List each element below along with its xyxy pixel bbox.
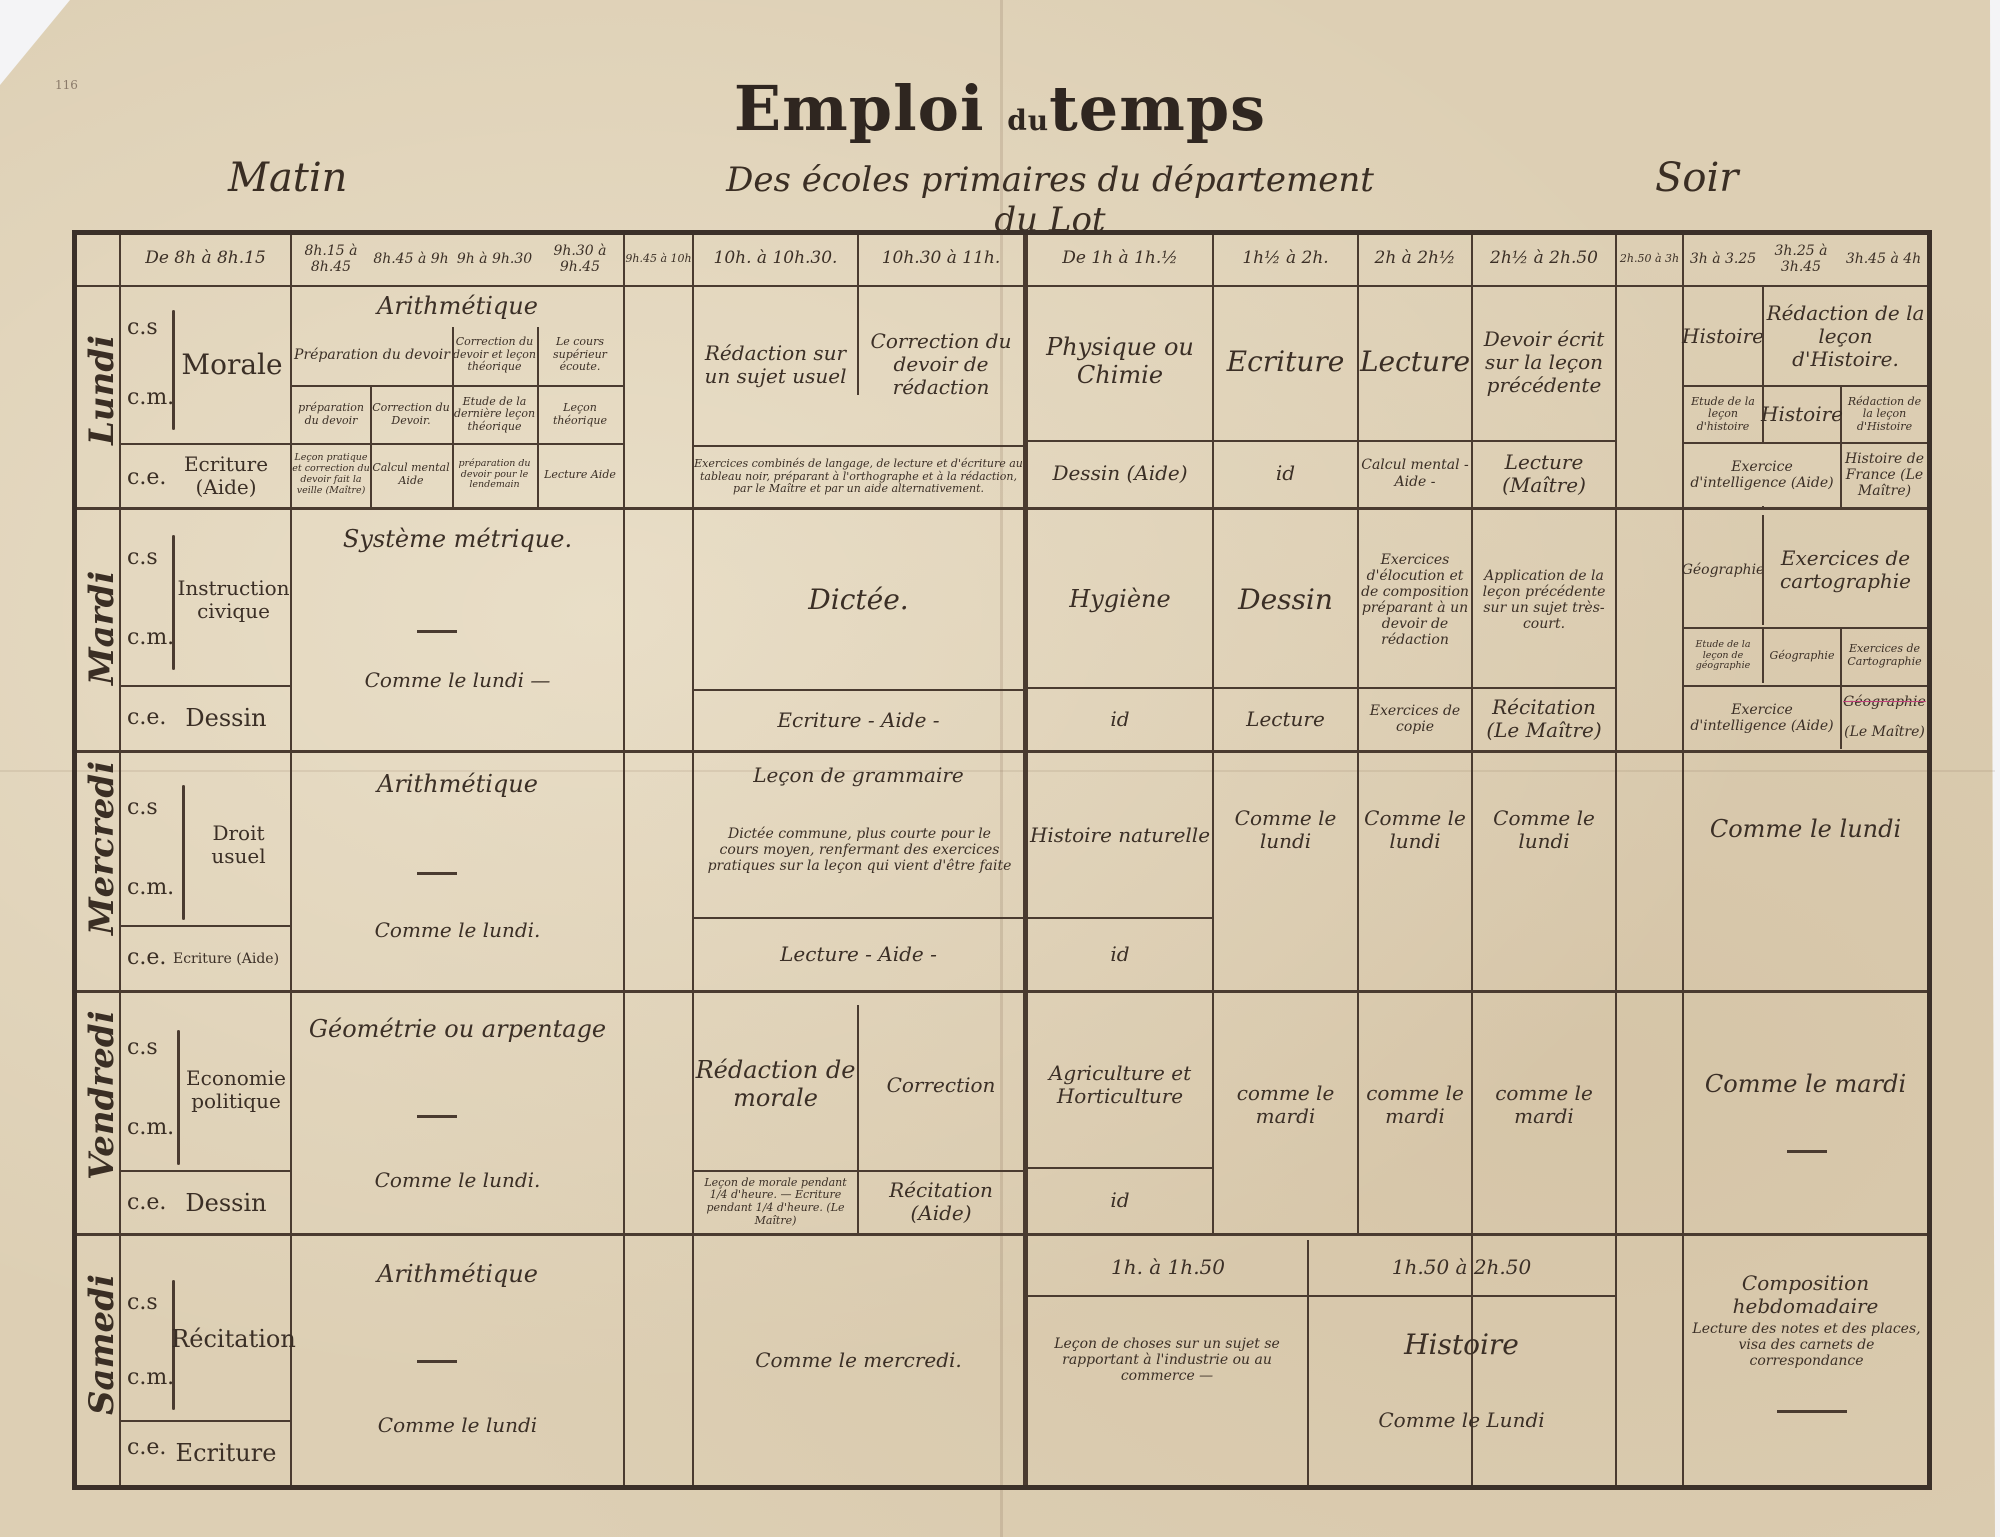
cell-text: Calcul mental Aide — [370, 445, 452, 505]
cell-grammaire: Dictée commune, plus courte pour le cour… — [707, 795, 1012, 905]
cell-dessin: Dessin (Aide) — [1028, 442, 1212, 505]
cell-copie: Exercices de copie — [1359, 689, 1471, 749]
cell-histoire-naturelle: Histoire naturelle — [1028, 755, 1212, 915]
time-header: 2h.50 à 3h — [1617, 235, 1682, 283]
label-cs: c.s — [127, 795, 158, 820]
cell-comme-lundi: Comme le lundi — [1214, 755, 1357, 905]
time-header: 10h.30 à 11h. — [859, 235, 1023, 283]
cell-comme-mercredi: Comme le mercredi. — [694, 1245, 1023, 1475]
cell-ecriture-aide: Ecriture - Aide - — [694, 691, 1023, 749]
label-cs: c.s — [127, 1035, 158, 1060]
ce-separator — [121, 1420, 290, 1422]
cell-comme-lundi: Comme le lundi — [1473, 755, 1615, 905]
cell-physique: Physique ou Chimie — [1028, 287, 1212, 437]
ce-separator — [121, 443, 290, 445]
cell-lecon-morale: Leçon de morale pendant 1/4 d'heure. — E… — [694, 1172, 857, 1232]
cell-comme-lundi: Comme le lundi — [1359, 755, 1471, 905]
time-header: 8h.15 à 8h.45 — [292, 235, 370, 283]
cell-id: id — [1214, 442, 1357, 505]
cell-calcul: Calcul mental - Aide - — [1359, 442, 1471, 505]
cell-exercices: Exercices combinés de langage, de lectur… — [694, 447, 1023, 507]
row-sep-vendredi — [77, 1233, 1927, 1236]
label-cs: c.s — [127, 1290, 158, 1315]
title-du: du — [1007, 104, 1049, 137]
dash — [417, 1115, 457, 1118]
cell-redaction: Rédaction sur un sujet usuel — [694, 287, 857, 442]
cell-maitre: (Le Maître) — [1842, 717, 1927, 747]
matin-header: Matin — [228, 155, 347, 201]
cell-composition: Composition hebdomadaire — [1684, 1275, 1927, 1315]
subject-ecriture: Ecriture (Aide) — [162, 447, 290, 505]
cell-redaction-histoire: Rédaction de la leçon d'Histoire. — [1764, 287, 1927, 385]
cell-lecture-maitre: Lecture (Maître) — [1473, 442, 1615, 505]
cell-note: Comme le lundi. — [292, 905, 623, 955]
cell-comme-lundi: Comme le lundi — [1684, 755, 1927, 905]
brace — [172, 310, 175, 430]
cell-text: Le cours supérieur écoute. — [537, 327, 623, 383]
dash — [417, 630, 457, 633]
time-header: 1h. à 1h.50 — [1028, 1240, 1308, 1295]
soir-header: Soir — [1655, 155, 1738, 201]
subtitle: Des écoles primaires du département du L… — [700, 160, 1400, 240]
pm-col-sep-4 — [1615, 235, 1617, 1485]
cell-etude: Etude de la leçon d'histoire — [1684, 387, 1762, 442]
cell-text: Préparation du devoir — [292, 327, 452, 383]
dash — [417, 872, 457, 875]
time-header: 2h½ à 2h.50 — [1473, 235, 1615, 283]
time-header: 1h½ à 2h. — [1214, 235, 1357, 283]
dash — [1777, 1410, 1847, 1413]
row-sep-lundi — [77, 507, 1927, 510]
time-header: De 1h à 1h.½ — [1028, 235, 1212, 283]
subject-ecriture: Ecriture — [162, 1425, 290, 1483]
cell-geographie: Géographie — [1764, 629, 1840, 683]
cell-exercice: Exercice d'intelligence (Aide) — [1684, 687, 1840, 749]
page-title: Emploi dutemps — [0, 72, 2000, 145]
cell-dessin: Dessin — [1214, 515, 1357, 685]
label-cm: c.m. — [127, 385, 174, 410]
cell-redaction-morale: Rédaction de morale — [694, 1005, 857, 1165]
cell-systeme-metrique: Système métrique. — [292, 515, 623, 565]
cell-histoire: Histoire — [1764, 387, 1840, 442]
cell-redaction: Rédaction de la leçon d'Histoire — [1842, 387, 1927, 442]
cell-geographie: Géographie — [1684, 515, 1762, 625]
subject-economie-politique: Economie politique — [182, 1010, 290, 1170]
cell-etude: Etude de la leçon de géographie — [1684, 629, 1762, 683]
dash — [1787, 1150, 1827, 1153]
label-cs: c.s — [127, 315, 158, 340]
cell-recitation: Récitation (Le Maître) — [1473, 689, 1615, 749]
cell-ecriture: Ecriture — [1214, 287, 1357, 437]
morning-col-sep — [623, 235, 625, 1485]
cell-text: préparation du devoir — [292, 387, 370, 442]
cell-text: Leçon théorique — [537, 387, 623, 442]
cell-comme-mardi: comme le mardi — [1359, 1005, 1471, 1205]
cell-comme-mardi: comme le mardi — [1214, 1005, 1357, 1205]
label-ce: c.e. — [127, 945, 166, 970]
cell-cartographie: Exercices de Cartographie — [1842, 629, 1927, 683]
subject-instruction-civique: Instruction civique — [177, 520, 290, 680]
cell-lecture: Lecture — [1359, 287, 1471, 437]
label-ce: c.e. — [127, 1190, 166, 1215]
cell-crossed-out: Géographie — [1842, 687, 1927, 717]
subject-dessin: Dessin — [162, 690, 290, 748]
time-header: 10h. à 10h.30. — [694, 235, 857, 283]
row-sep-mardi — [77, 750, 1927, 753]
cell-text: Etude de la dernière leçon théorique — [452, 387, 537, 442]
cell-lecon-choses: Leçon de choses sur un sujet se rapporta… — [1032, 1300, 1302, 1420]
cell-histoire: Histoire — [1309, 1305, 1614, 1385]
cell-comme-mardi: comme le mardi — [1473, 1005, 1615, 1205]
cell-histoire-france: Histoire de France (Le Maître) — [1842, 444, 1927, 506]
brace — [172, 535, 175, 670]
brace — [182, 785, 185, 920]
cell-cartographie: Exercices de cartographie — [1764, 515, 1927, 625]
day-vendredi: Vendredi — [82, 1060, 122, 1180]
title-emploi: Emploi — [734, 72, 985, 145]
cell-arithmetique: Arithmétique — [292, 755, 623, 815]
cell-text: Correction du Devoir. — [370, 387, 452, 442]
cell-note: Comme le lundi. — [292, 1155, 623, 1205]
cell-hygiene: Hygiène — [1028, 515, 1212, 685]
dash — [417, 1360, 457, 1363]
label-ce: c.e. — [127, 465, 166, 490]
time-header: 8h.45 à 9h — [370, 235, 452, 283]
ce-separator — [121, 925, 290, 927]
ce-separator — [121, 1170, 290, 1172]
cell-exercices: Exercices d'élocution et de composition … — [1359, 515, 1471, 685]
cell-text: préparation du devoir pour le lendemain — [452, 445, 537, 505]
label-cm: c.m. — [127, 875, 174, 900]
label-ce: c.e. — [127, 1435, 166, 1460]
cell-exercice: Exercice d'intelligence (Aide) — [1684, 444, 1840, 506]
label-cs: c.s — [127, 545, 158, 570]
cell-geometrie: Géométrie ou arpentage — [292, 1000, 623, 1060]
subject-recitation: Récitation — [177, 1265, 290, 1415]
cell-id: id — [1028, 1169, 1212, 1231]
subject-ecriture: Ecriture (Aide) — [162, 930, 290, 988]
label-ce: c.e. — [127, 705, 166, 730]
day-mercredi: Mercredi — [82, 815, 122, 935]
cell-lecture-notes: Lecture des notes et des places, visa de… — [1689, 1315, 1924, 1375]
day-mardi: Mardi — [82, 585, 122, 685]
subject-morale: Morale — [177, 290, 287, 440]
ce-separator — [121, 685, 290, 687]
cell-correction: Correction du devoir de rédaction — [859, 287, 1023, 442]
cell-text: Correction du devoir et leçon théorique — [452, 327, 537, 383]
cell-lecture: Lecture — [1214, 689, 1357, 749]
time-header: 1h.50 à 2h.50 — [1309, 1240, 1614, 1295]
cell-note: Comme le lundi — — [292, 655, 623, 705]
cell-application: Application de la leçon précédente sur u… — [1473, 515, 1615, 685]
time-header: De 8h à 8h.15 — [121, 235, 290, 283]
time-header: 3h.45 à 4h — [1840, 235, 1927, 283]
time-header: 3h.25 à 3h.45 — [1762, 235, 1840, 283]
day-lundi: Lundi — [82, 345, 122, 445]
row-sep-mercredi — [77, 990, 1927, 993]
cell-agriculture: Agriculture et Horticulture — [1028, 1005, 1212, 1165]
time-header: 2h à 2h½ — [1359, 235, 1471, 283]
title-temps: temps — [1049, 72, 1266, 145]
subject-dessin: Dessin — [162, 1175, 290, 1233]
cell-recitation: Récitation (Aide) — [859, 1172, 1023, 1232]
cell-note: Comme le lundi — [292, 1400, 623, 1450]
cell-comme-mardi: Comme le mardi — [1684, 1005, 1927, 1165]
cell-histoire: Histoire — [1684, 287, 1762, 385]
arithmetique: Arithmétique — [292, 287, 623, 327]
label-cm: c.m. — [127, 1115, 174, 1140]
time-header: 9h.30 à 9h.45 — [537, 235, 623, 283]
cell-id: id — [1028, 689, 1212, 749]
cell-dictee: Dictée. — [694, 515, 1023, 685]
time-header: 3h à 3.25 — [1684, 235, 1762, 283]
time-header: 9h à 9h.30 — [452, 235, 537, 283]
day-samedi: Samedi — [82, 1315, 122, 1415]
cell-comme-lundi: Comme le Lundi — [1309, 1395, 1614, 1445]
cell-text: Lecture Aide — [537, 445, 623, 505]
cell-id: id — [1028, 919, 1212, 989]
label-cm: c.m. — [127, 625, 174, 650]
cell-correction: Correction — [859, 1005, 1023, 1165]
timetable-grid: De 8h à 8h.15 8h.15 à 8h.45 8h.45 à 9h 9… — [72, 230, 1932, 1490]
cell-lecture: Lecture - Aide - — [694, 919, 1023, 989]
cell-devoir: Devoir écrit sur la leçon précédente — [1473, 287, 1615, 437]
time-header: 9h.45 à 10h — [625, 235, 692, 283]
divider — [1028, 1295, 1615, 1297]
subject-droit-usuel: Droit usuel — [187, 765, 290, 925]
brace — [177, 1030, 180, 1165]
cell-grammaire-title: Leçon de grammaire — [694, 755, 1023, 795]
label-cm: c.m. — [127, 1365, 174, 1390]
cell-arithmetique: Arithmétique — [292, 1245, 623, 1305]
cell-text: Leçon pratique et correction du devoir f… — [292, 445, 370, 505]
